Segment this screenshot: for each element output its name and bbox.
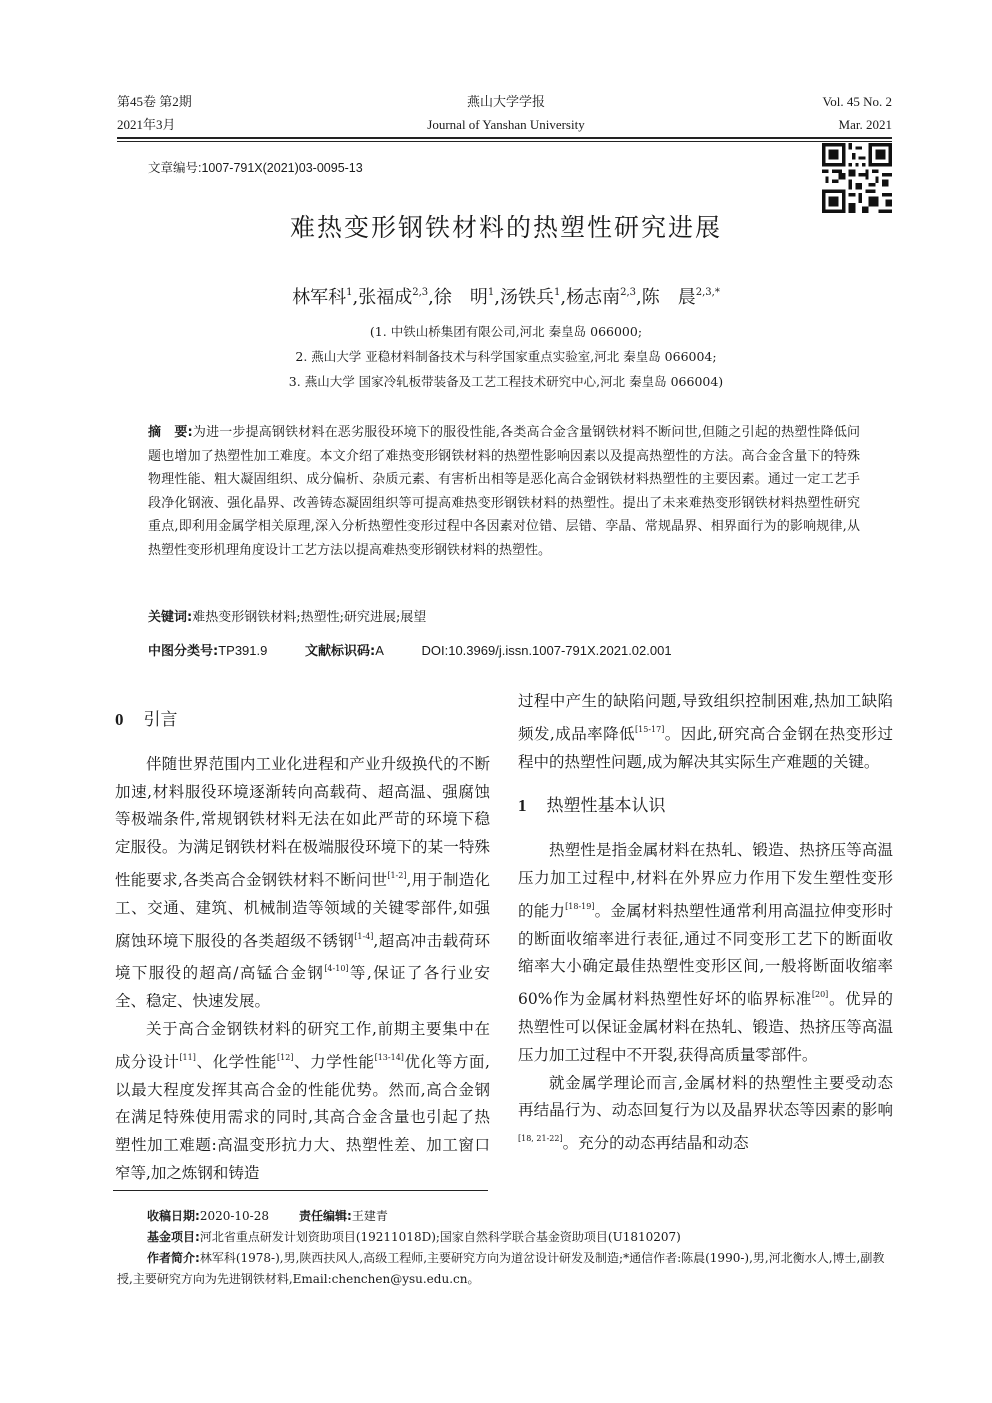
affiliation-3: 3. 燕山大学 国家冷轧板带装备及工艺工程技术研究中心,河北 秦皇岛 06600… xyxy=(0,372,992,390)
footnote-received: 收稿日期:2020-10-28责任编辑:王建青 xyxy=(117,1206,895,1227)
paragraph-text: 伴随世界范围内工业化进程和产业升级换代的不断加速,材料服役环境逐渐转向高载荷、超… xyxy=(115,755,490,889)
doi: DOI:10.3969/j.issn.1007-791X.2021.02.001 xyxy=(421,643,671,658)
editor-label: 责任编辑: xyxy=(299,1209,352,1223)
paragraph-text: 、力学性能 xyxy=(293,1053,374,1071)
keywords-label: 关键词: xyxy=(148,610,192,625)
header-rule-thin xyxy=(117,141,892,142)
abstract-label: 摘 要: xyxy=(148,425,193,440)
header-date-en: Mar. 2021 xyxy=(839,117,892,133)
received-date: 2020-10-28 xyxy=(200,1209,269,1223)
citation[interactable]: [15-17] xyxy=(635,725,664,734)
affiliation-1: (1. 中铁山桥集团有限公司,河北 秦皇岛 066000; xyxy=(0,322,992,340)
clc-label: 中图分类号: xyxy=(148,644,218,659)
author-name: 林军科 xyxy=(292,287,346,308)
paragraph-text: 优化等方面,以最大程度发挥其高合金的性能优势。然而,高合金钢在满足特殊使用需求的… xyxy=(115,1053,490,1182)
footnote-divider xyxy=(113,1190,488,1191)
doi-value[interactable]: 10.3969/j.issn.1007-791X.2021.02.001 xyxy=(448,643,671,658)
citation[interactable]: [13-14] xyxy=(375,1053,404,1062)
author-affiliation-mark: 2,3,* xyxy=(696,287,720,298)
bio-text: 林军科(1978-),男,陕西扶风人,高级工程师,主要研究方向为道岔设计研发及制… xyxy=(117,1251,884,1286)
abstract: 摘 要:为进一步提高钢铁材料在恶劣服役环境下的服役性能,各类高合金含量钢铁材料不… xyxy=(148,421,860,562)
author-name: 汤铁兵 xyxy=(500,287,554,308)
affiliation-2: 2. 燕山大学 亚稳材料制备技术与科学国家重点实验室,河北 秦皇岛 066004… xyxy=(0,347,992,365)
keywords: 关键词:难热变形钢铁材料;热塑性;研究进展;展望 xyxy=(148,606,426,625)
article-number: 文章编号:1007-791X(2021)03-0095-13 xyxy=(148,158,363,176)
author-affiliation-mark: 1 xyxy=(488,287,494,298)
paragraph-text: 、化学性能 xyxy=(196,1053,277,1071)
editor-name: 王建青 xyxy=(352,1209,388,1223)
qr-code-icon[interactable] xyxy=(822,143,892,213)
left-column: 0引言 伴随世界范围内工业化进程和产业升级换代的不断加速,材料服役环境逐渐转向高… xyxy=(115,706,490,1188)
paragraph: 伴随世界范围内工业化进程和产业升级换代的不断加速,材料服役环境逐渐转向高载荷、超… xyxy=(115,751,490,1016)
citation[interactable]: [11] xyxy=(179,1053,195,1062)
author-name: 杨志南 xyxy=(566,287,620,308)
author-list: 林军科1,张福成2,3,徐 明1,汤铁兵1,杨志南2,3,陈 晨2,3,* xyxy=(0,283,992,309)
paragraph: 就金属学理论而言,金属材料的热塑性主要受动态再结晶行为、动态回复行为以及晶界状态… xyxy=(518,1070,893,1158)
paragraph-text: 。充分的动态再结晶和动态 xyxy=(563,1134,749,1152)
citation[interactable]: [12] xyxy=(277,1053,293,1062)
section-heading-thermoplasticity: 1热塑性基本认识 xyxy=(518,792,893,821)
doc-code-label: 文献标识码: xyxy=(305,644,375,659)
right-column: 过程中产生的缺陷问题,导致组织控制困难,热加工缺陷频发,成品率降低[15-17]… xyxy=(518,688,893,1158)
citation[interactable]: [18, 21-22] xyxy=(518,1134,563,1143)
header-rule xyxy=(117,137,892,139)
author-affiliation-mark: 2,3 xyxy=(620,287,636,298)
author-name: 徐 明 xyxy=(434,287,488,308)
citation[interactable]: [4-10] xyxy=(324,964,348,973)
received-label: 收稿日期: xyxy=(147,1209,200,1223)
abstract-text: 为进一步提高钢铁材料在恶劣服役环境下的服役性能,各类高合金含量钢铁材料不断问世,… xyxy=(148,425,860,558)
paragraph-text: 就金属学理论而言,金属材料的热塑性主要受动态再结晶行为、动态回复行为以及晶界状态… xyxy=(518,1074,893,1120)
paragraph: 热塑性是指金属材料在热轧、锻造、热挤压等高温压力加工过程中,材料在外界应力作用下… xyxy=(518,837,893,1069)
author-name: 陈 晨 xyxy=(642,287,696,308)
section-number: 1 xyxy=(518,796,527,815)
clc-value: TP391.9 xyxy=(218,643,267,658)
header-volume-issue-en: Vol. 45 No. 2 xyxy=(823,94,892,110)
section-title: 引言 xyxy=(144,710,178,730)
paragraph: 过程中产生的缺陷问题,导致组织控制困难,热加工缺陷频发,成品率降低[15-17]… xyxy=(518,688,893,776)
keywords-text: 难热变形钢铁材料;热塑性;研究进展;展望 xyxy=(192,610,426,625)
footnote-author-bio: 作者简介:林军科(1978-),男,陕西扶风人,高级工程师,主要研究方向为道岔设… xyxy=(117,1248,895,1290)
document-code: 文献标识码:A xyxy=(305,643,384,658)
author-affiliation-mark: 1 xyxy=(346,287,352,298)
doc-code-value: A xyxy=(375,643,384,658)
author-affiliation-mark: 1 xyxy=(554,287,560,298)
author-name: 张福成 xyxy=(358,287,412,308)
paper-title: 难热变形钢铁材料的热塑性研究进展 xyxy=(0,208,992,244)
section-heading-intro: 0引言 xyxy=(115,706,490,735)
footnote-fund: 基金项目:河北省重点研发计划资助项目(19211018D);国家自然科学联合基金… xyxy=(117,1227,895,1248)
section-title: 热塑性基本认识 xyxy=(547,796,666,816)
paragraph: 关于高合金钢铁材料的研究工作,前期主要集中在成分设计[11]、化学性能[12]、… xyxy=(115,1016,490,1188)
classification-line: 中图分类号:TP391.9 文献标识码:A DOI:10.3969/j.issn… xyxy=(148,640,706,659)
citation[interactable]: [1-4] xyxy=(354,932,373,941)
citation[interactable]: [1-2] xyxy=(387,871,406,880)
fund-text: 河北省重点研发计划资助项目(19211018D);国家自然科学联合基金资助项目(… xyxy=(200,1230,681,1244)
citation[interactable]: [20] xyxy=(812,990,828,999)
citation[interactable]: [18-19] xyxy=(565,902,594,911)
footnotes: 收稿日期:2020-10-28责任编辑:王建青 基金项目:河北省重点研发计划资助… xyxy=(117,1206,895,1290)
bio-label: 作者简介: xyxy=(147,1251,200,1265)
clc-code: 中图分类号:TP391.9 xyxy=(148,643,267,658)
section-number: 0 xyxy=(115,710,124,729)
doi-label: DOI: xyxy=(421,643,448,658)
fund-label: 基金项目: xyxy=(147,1230,200,1244)
author-affiliation-mark: 2,3 xyxy=(412,287,428,298)
